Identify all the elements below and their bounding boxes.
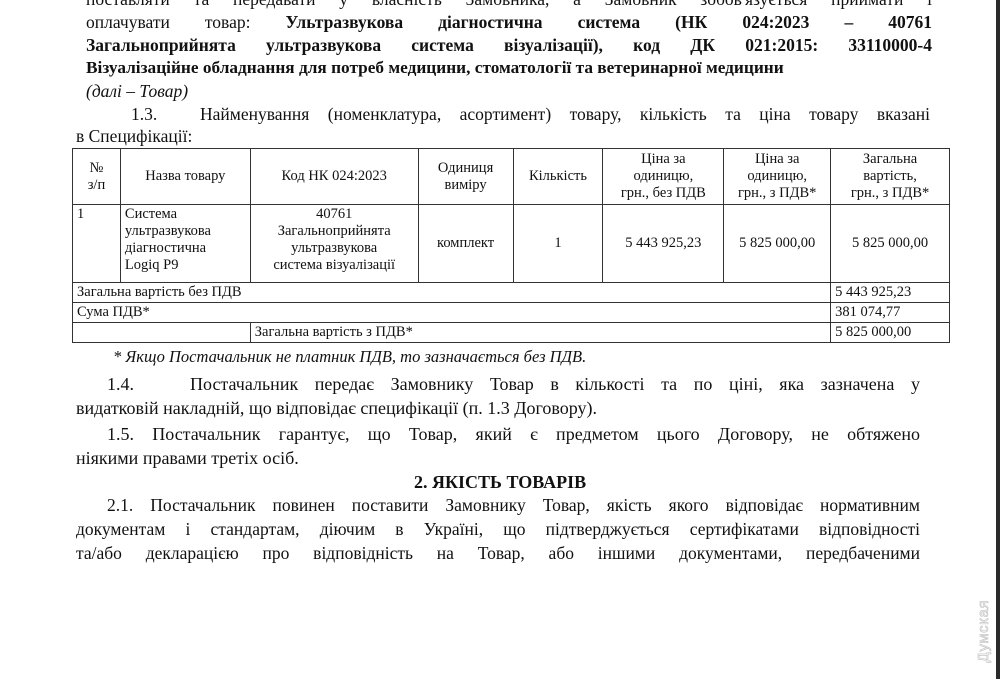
table-row: 1 СистемаультразвуковадіагностичнаLogiq … — [73, 205, 950, 283]
header-price-vat: Ціна заодиницю,грн., з ПДВ* — [724, 149, 831, 205]
header-quantity: Кількість — [513, 149, 603, 205]
cell-price-no-vat: 5 443 925,23 — [603, 205, 724, 283]
cell-product-name: СистемаультразвуковадіагностичнаLogiq P9 — [120, 205, 250, 283]
cell-unit: комплект — [418, 205, 513, 283]
para-1-5-line-2: ніякими правами третіх осіб. — [76, 447, 299, 469]
cell-code: 40761Загальноприйнятаультразвуковасистем… — [250, 205, 418, 283]
summary-row-total-no-vat: Загальна вартість без ПДВ 5 443 925,23 — [73, 283, 950, 303]
summary-label: Загальна вартість без ПДВ — [73, 283, 831, 303]
para-2-1-line-1: 2.1. Постачальник повинен поставити Замо… — [107, 494, 920, 516]
para-1-4-line-2: видатковій накладній, що відповідає спец… — [76, 397, 597, 419]
header-price-no-vat: Ціна заодиницю,грн., без ПДВ — [603, 149, 724, 205]
summary-row-total-vat: Загальна вартість з ПДВ* 5 825 000,00 — [73, 323, 950, 343]
para-1-3-number: 1.3. — [131, 103, 157, 125]
para-1-2-line-2: Загальноприйнята ультразвукова система в… — [86, 34, 932, 56]
header-total-vat: Загальнавартість,грн., з ПДВ* — [831, 149, 950, 205]
para-1-5-line-1: 1.5. Постачальник гарантує, що Товар, як… — [107, 423, 920, 445]
para-1-2-line-1: оплачувати товар: Ультразвукова діагност… — [86, 11, 932, 33]
document-page: поставляти та передавати у власність Зам… — [0, 0, 1000, 679]
para-1-4-line-1: Постачальник передає Замовнику Товар в к… — [190, 373, 920, 395]
cell-number: 1 — [73, 205, 121, 283]
cell-price-vat: 5 825 000,00 — [724, 205, 831, 283]
summary-row-vat-sum: Сума ПДВ* 381 074,77 — [73, 303, 950, 323]
specification-table: №з/п Назва товару Код НК 024:2023 Одиниц… — [72, 148, 950, 343]
para-1-2-line-3: Візуалізаційне обладнання для потреб мед… — [86, 57, 784, 79]
para-1-3-line-2: в Специфікації: — [76, 125, 192, 147]
summary-label: Загальна вартість з ПДВ* — [250, 323, 830, 343]
summary-label: Сума ПДВ* — [73, 303, 831, 323]
cell-quantity: 1 — [513, 205, 603, 283]
section-2-title: 2. ЯКІСТЬ ТОВАРІВ — [414, 471, 586, 493]
summary-value: 5 825 000,00 — [831, 323, 950, 343]
para-2-1-line-3: та/або декларацією про відповідність на … — [76, 542, 920, 564]
summary-value: 5 443 925,23 — [831, 283, 950, 303]
para-1-4-number: 1.4. — [107, 373, 134, 395]
page-edge-divider — [996, 0, 1000, 679]
vat-footnote: * Якщо Постачальник не платник ПДВ, то з… — [113, 346, 586, 368]
watermark-logo: Думская — [975, 600, 992, 663]
para-1-2-line-4: (далі – Товар) — [86, 80, 188, 102]
header-code: Код НК 024:2023 — [250, 149, 418, 205]
header-unit: Одиницявиміру — [418, 149, 513, 205]
cut-off-text-line: поставляти та передавати у власність Зам… — [86, 0, 932, 10]
header-product-name: Назва товару — [120, 149, 250, 205]
cell-total-vat: 5 825 000,00 — [831, 205, 950, 283]
summary-empty-cell — [73, 323, 251, 343]
table-header-row: №з/п Назва товару Код НК 024:2023 Одиниц… — [73, 149, 950, 205]
para-1-3-line-1: Найменування (номенклатура, асортимент) … — [200, 103, 930, 125]
para-1-2-product-name: Ультразвукова діагностична система (НК 0… — [286, 12, 933, 32]
summary-value: 381 074,77 — [831, 303, 950, 323]
para-1-2-plain: оплачувати товар: — [86, 12, 286, 32]
header-number: №з/п — [73, 149, 121, 205]
para-2-1-line-2: документам і стандартам, діючим в Україн… — [76, 518, 920, 540]
